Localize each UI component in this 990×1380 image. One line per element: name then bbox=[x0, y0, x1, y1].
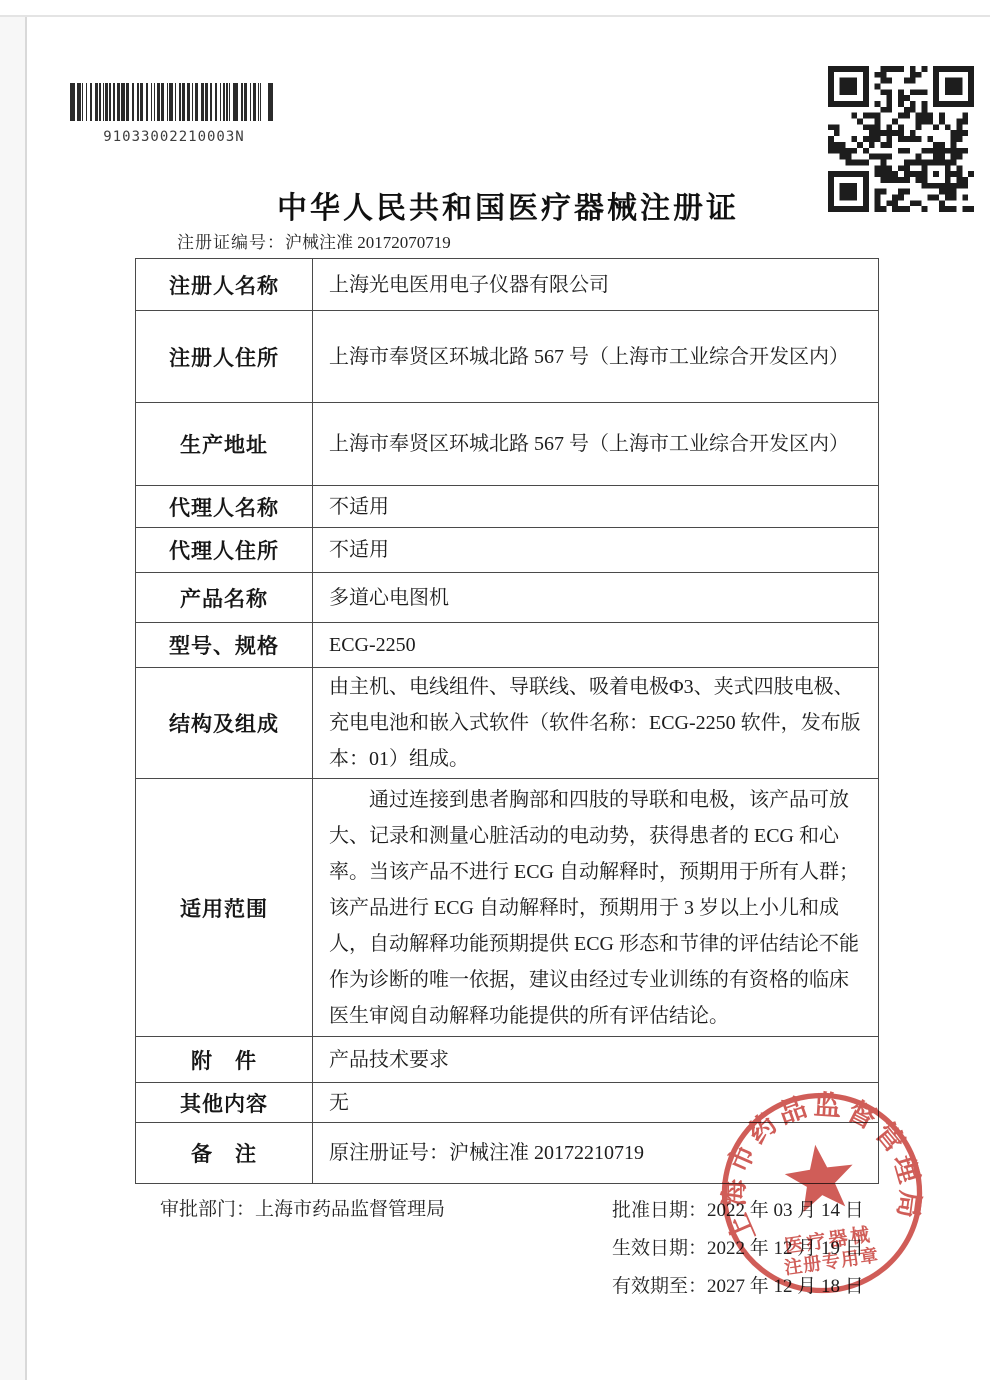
approval-date-value: 2022 年 03 月 14 日 bbox=[707, 1200, 864, 1221]
row-value: 无 bbox=[313, 1083, 878, 1122]
row-value: 由主机、电线组件、导联线、吸着电极Φ3、夹式四肢电极、充电电池和嵌入式软件（软件… bbox=[313, 668, 878, 778]
row-label: 附 件 bbox=[136, 1037, 313, 1082]
row-label: 产品名称 bbox=[136, 573, 313, 622]
row-value-text: 通过连接到患者胸部和四肢的导联和电极，该产品可放大、记录和测量心脏活动的电动势，… bbox=[329, 782, 864, 1034]
row-label: 结构及组成 bbox=[136, 668, 313, 778]
approval-department-label: 审批部门： bbox=[160, 1199, 255, 1220]
table-row: 注册人住所 上海市奉贤区环城北路 567 号（上海市工业综合开发区内） bbox=[136, 311, 878, 403]
row-value: 上海光电医用电子仪器有限公司 bbox=[313, 259, 878, 310]
doc-title: 中华人民共和国医疗器械注册证 bbox=[26, 183, 990, 227]
row-label: 生产地址 bbox=[136, 403, 313, 485]
row-value: 不适用 bbox=[313, 486, 878, 527]
table-row: 附 件 产品技术要求 bbox=[136, 1037, 878, 1083]
table-row: 代理人名称 不适用 bbox=[136, 486, 878, 528]
table-row: 备 注 原注册证号：沪械注准 20172210719 bbox=[136, 1123, 878, 1183]
date-block: 批准日期：2022 年 03 月 14 日 生效日期：2022 年 12 月 1… bbox=[612, 1192, 864, 1306]
cert-number-value: 沪械注准 20172070719 bbox=[285, 233, 451, 252]
effective-date: 生效日期：2022 年 12 月 19 日 bbox=[612, 1230, 864, 1268]
table-row: 型号、规格 ECG-2250 bbox=[136, 623, 878, 668]
table-row: 适用范围 通过连接到患者胸部和四肢的导联和电极，该产品可放大、记录和测量心脏活动… bbox=[136, 779, 878, 1037]
row-label: 备 注 bbox=[136, 1123, 313, 1183]
effective-date-value: 2022 年 12 月 19 日 bbox=[707, 1238, 864, 1259]
barcode-bars bbox=[70, 83, 278, 121]
effective-date-label: 生效日期： bbox=[612, 1238, 707, 1259]
row-value-text: ECG-2250 bbox=[329, 627, 864, 663]
table-row: 产品名称 多道心电图机 bbox=[136, 573, 878, 623]
row-label: 注册人住所 bbox=[136, 311, 313, 402]
table-row: 注册人名称 上海光电医用电子仪器有限公司 bbox=[136, 259, 878, 311]
row-value-text: 不适用 bbox=[329, 489, 864, 525]
row-value: 原注册证号：沪械注准 20172210719 bbox=[313, 1123, 878, 1183]
row-value-text: 不适用 bbox=[329, 532, 864, 568]
scan-edge-left bbox=[0, 17, 27, 1380]
approval-date-label: 批准日期： bbox=[612, 1200, 707, 1221]
row-label: 代理人名称 bbox=[136, 486, 313, 527]
row-value-text: 上海市奉贤区环城北路 567 号（上海市工业综合开发区内） bbox=[329, 426, 864, 462]
row-value-text: 产品技术要求 bbox=[329, 1042, 864, 1078]
row-value: 上海市奉贤区环城北路 567 号（上海市工业综合开发区内） bbox=[313, 311, 878, 402]
table-row: 生产地址 上海市奉贤区环城北路 567 号（上海市工业综合开发区内） bbox=[136, 403, 878, 486]
expiry-date-value: 2027 年 12 月 18 日 bbox=[707, 1276, 864, 1297]
barcode-text: 91033002210003N bbox=[70, 129, 278, 145]
row-value-text: 上海光电医用电子仪器有限公司 bbox=[329, 267, 864, 303]
registration-table: 注册人名称 上海光电医用电子仪器有限公司 注册人住所 上海市奉贤区环城北路 56… bbox=[135, 258, 879, 1184]
row-value-text: 由主机、电线组件、导联线、吸着电极Φ3、夹式四肢电极、充电电池和嵌入式软件（软件… bbox=[329, 669, 864, 777]
row-value-text: 无 bbox=[329, 1085, 864, 1121]
row-value: ECG-2250 bbox=[313, 623, 878, 667]
row-value: 产品技术要求 bbox=[313, 1037, 878, 1082]
approval-department-value: 上海市药品监督管理局 bbox=[255, 1199, 445, 1220]
scan-edge-top bbox=[0, 15, 990, 17]
row-value: 多道心电图机 bbox=[313, 573, 878, 622]
row-label: 型号、规格 bbox=[136, 623, 313, 667]
row-value: 不适用 bbox=[313, 528, 878, 572]
row-label: 代理人住所 bbox=[136, 528, 313, 572]
table-row: 结构及组成 由主机、电线组件、导联线、吸着电极Φ3、夹式四肢电极、充电电池和嵌入… bbox=[136, 668, 878, 779]
cert-number: 注册证编号：沪械注准 20172070719 bbox=[177, 228, 451, 253]
approval-date: 批准日期：2022 年 03 月 14 日 bbox=[612, 1192, 864, 1230]
row-value: 上海市奉贤区环城北路 567 号（上海市工业综合开发区内） bbox=[313, 403, 878, 485]
row-value: 通过连接到患者胸部和四肢的导联和电极，该产品可放大、记录和测量心脏活动的电动势，… bbox=[313, 779, 878, 1036]
row-value-text: 多道心电图机 bbox=[329, 580, 864, 616]
row-label: 适用范围 bbox=[136, 779, 313, 1036]
approval-department: 审批部门：上海市药品监督管理局 bbox=[160, 1194, 445, 1221]
expiry-date-label: 有效期至： bbox=[612, 1276, 707, 1297]
row-value-text: 原注册证号：沪械注准 20172210719 bbox=[329, 1135, 864, 1171]
row-label: 其他内容 bbox=[136, 1083, 313, 1122]
row-value-text: 上海市奉贤区环城北路 567 号（上海市工业综合开发区内） bbox=[329, 339, 864, 375]
table-row: 代理人住所 不适用 bbox=[136, 528, 878, 573]
expiry-date: 有效期至：2027 年 12 月 18 日 bbox=[612, 1268, 864, 1306]
cert-number-label: 注册证编号： bbox=[177, 233, 285, 252]
barcode: 91033002210003N bbox=[70, 83, 278, 145]
row-label: 注册人名称 bbox=[136, 259, 313, 310]
table-row: 其他内容 无 bbox=[136, 1083, 878, 1123]
